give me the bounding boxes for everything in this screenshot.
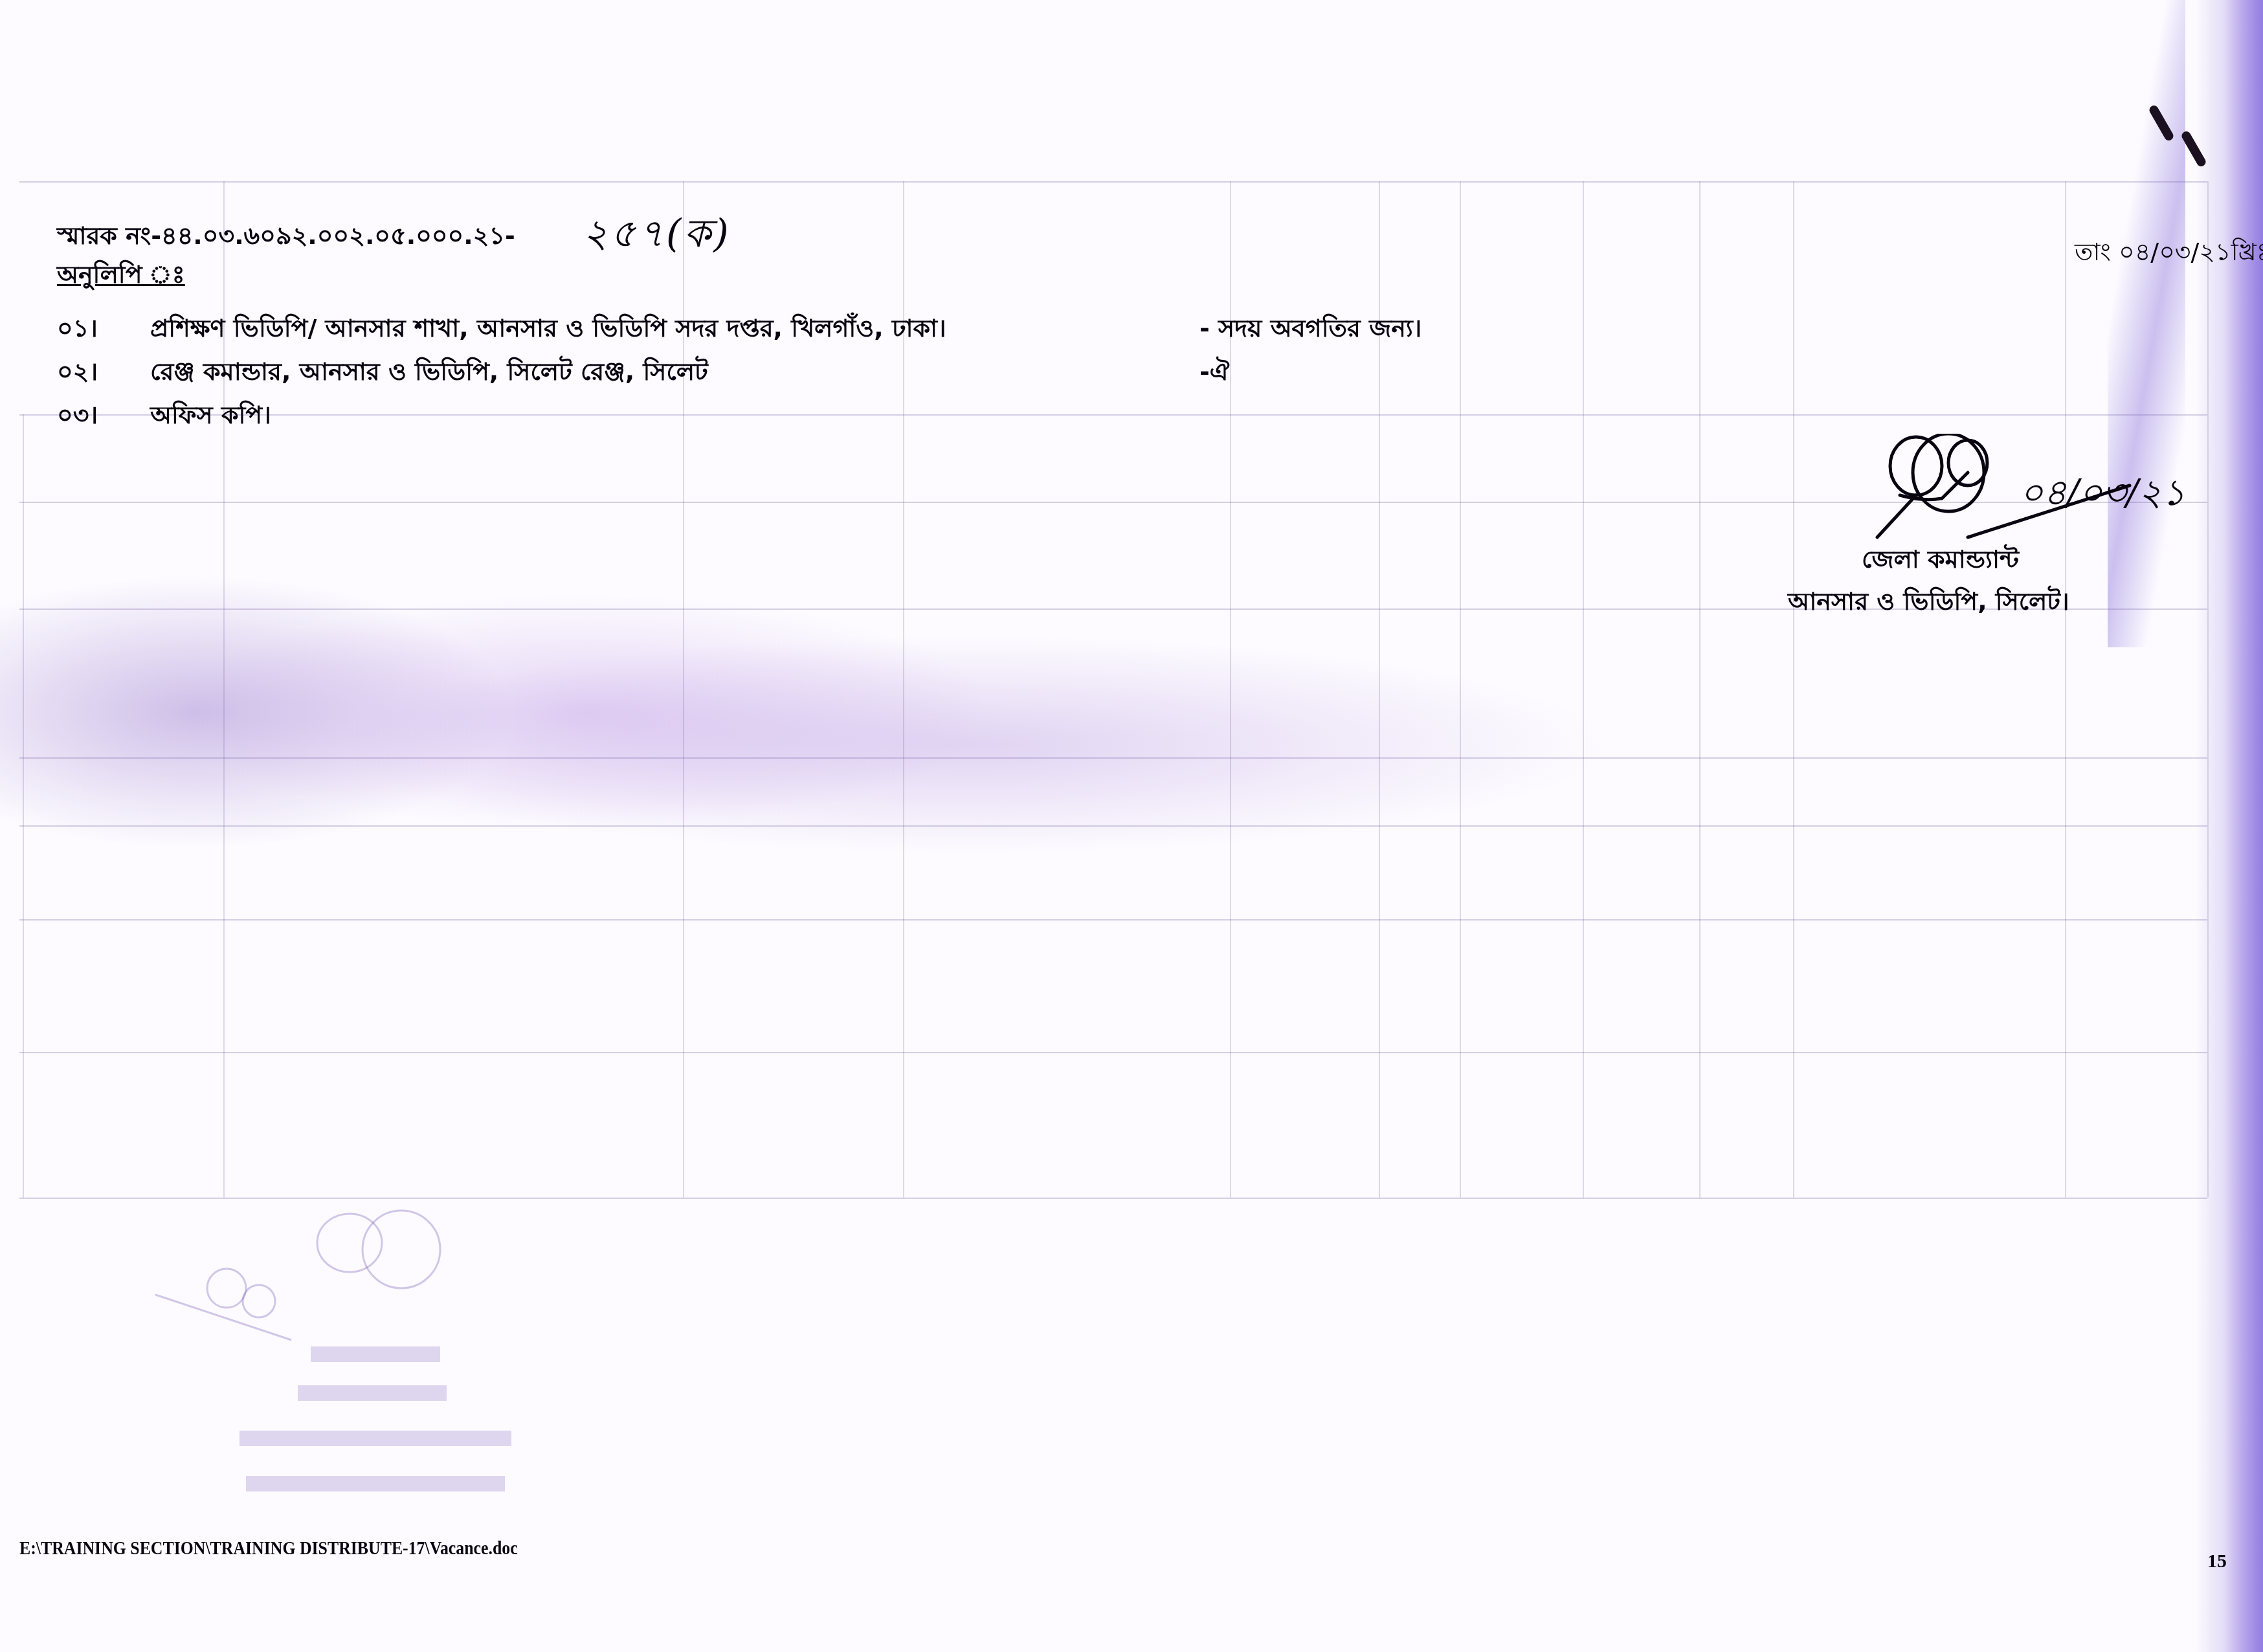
item-purpose: - সদয় অবগতির জন্য। [1199, 309, 1421, 351]
memo-date: তাং ০৪/০৩/২১খ্রিঃ। [2075, 233, 2263, 274]
item-recipient: প্রশিক্ষণ ভিডিপি/ আনসার শাখা, আনসার ও ভি… [150, 309, 946, 351]
item-recipient: অফিস কপি। [150, 396, 271, 438]
copy-list-title: অনুলিপি ঃ [57, 256, 185, 297]
item-purpose: -ঐ [1199, 353, 1229, 394]
memo-reference-number: স্মারক নং-৪৪.০৩.৬০৯২.০০২.০৫.০০০.২১- [57, 217, 515, 258]
handwritten-date: ০৪/০৩/২১ [2020, 472, 2185, 514]
memo-reference-label: স্মারক নং-৪৪.০৩.৬০৯২.০০২.০৫.০০০.২১- [57, 221, 515, 250]
memo-handwritten-suffix: ২৫৭(ক) [583, 204, 731, 269]
item-number: ০১। [57, 309, 98, 351]
faded-stamp-signature [142, 1191, 531, 1502]
item-number: ০৩। [57, 396, 98, 438]
item-recipient: রেঞ্জ কমান্ডার, আনসার ও ভিডিপি, সিলেট রে… [150, 353, 708, 394]
page-number: 15 [2207, 1550, 2227, 1572]
signatory-office: আনসার ও ভিডিপি, সিলেট। [1788, 583, 2069, 624]
signatory-title: জেলা কমান্ড্যান্ট [1862, 541, 2019, 582]
item-number: ০২। [57, 353, 98, 394]
file-path-footer: E:\TRAINING SECTION\TRAINING DISTRIBUTE-… [19, 1537, 518, 1559]
